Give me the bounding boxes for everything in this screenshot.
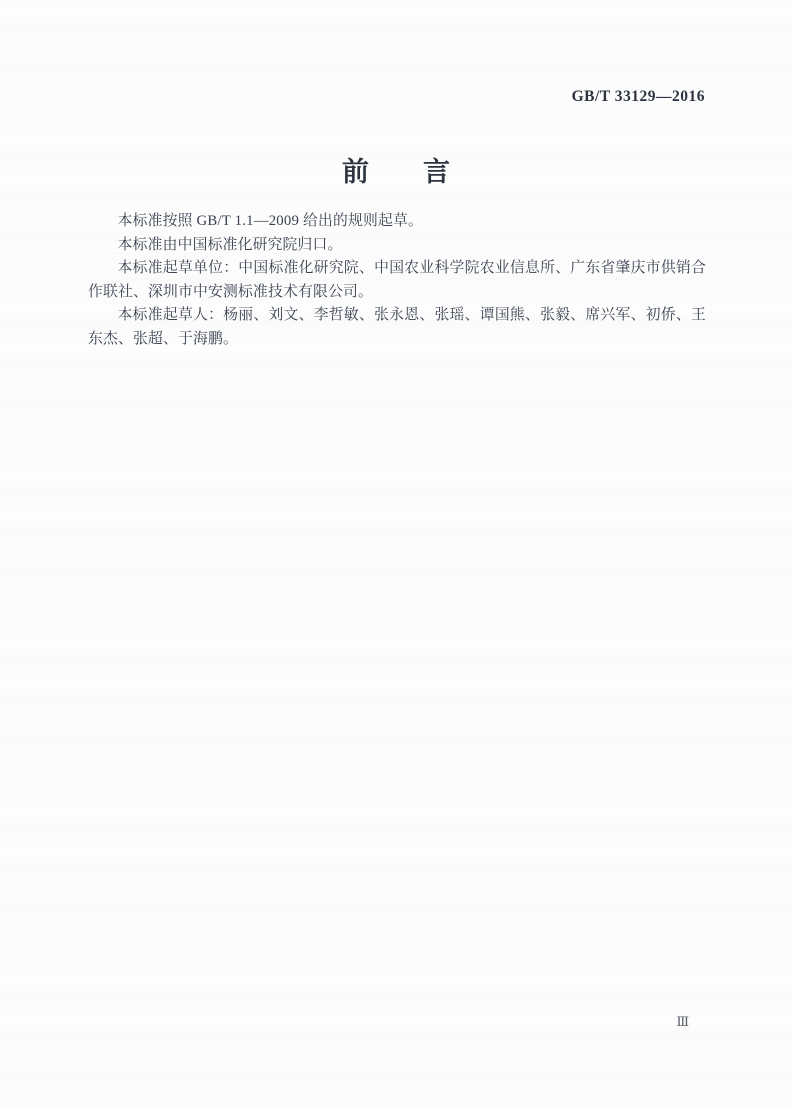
foreword-body: 本标准按照 GB/T 1.1—2009 给出的规则起草。 本标准由中国标准化研究… — [88, 210, 706, 352]
page-title: 前 言 — [0, 150, 792, 189]
page-number: Ⅲ — [676, 1014, 689, 1030]
document-page: { "page": { "header_code": "GB/T 33129—2… — [0, 0, 792, 1109]
foreword-paragraph: 本标准起草单位：中国标准化研究院、中国农业科学院农业信息所、广东省肇庆市供销合作… — [88, 257, 706, 304]
standard-code-header: GB/T 33129—2016 — [572, 88, 705, 106]
foreword-paragraph: 本标准按照 GB/T 1.1—2009 给出的规则起草。 — [88, 210, 706, 234]
foreword-paragraph: 本标准起草人：杨丽、刘文、李哲敏、张永恩、张瑶、谭国熊、张毅、席兴军、初侨、王东… — [88, 304, 706, 351]
foreword-paragraph: 本标准由中国标准化研究院归口。 — [88, 234, 706, 258]
